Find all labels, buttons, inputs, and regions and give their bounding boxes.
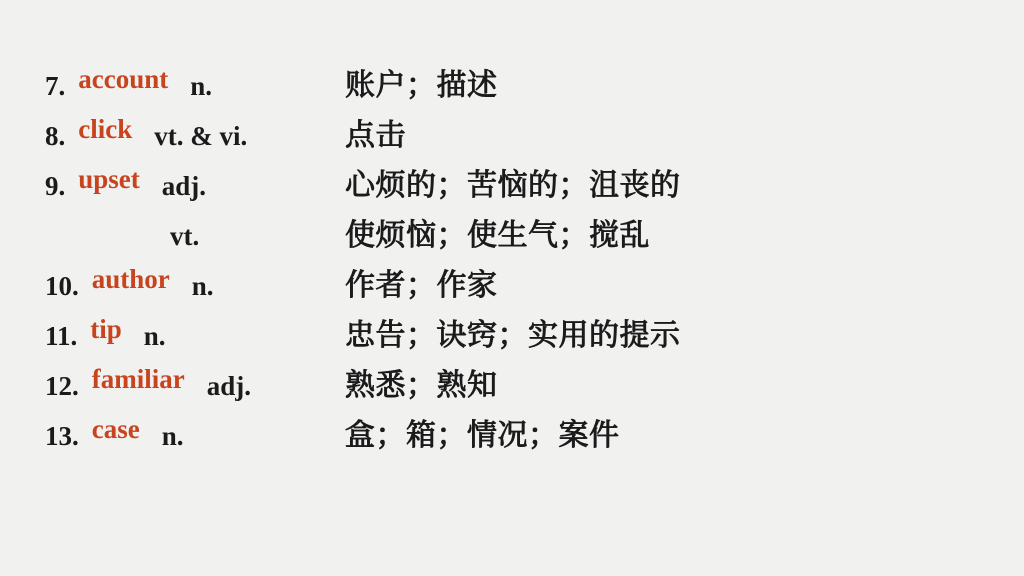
entry-meaning: 使烦恼；使生气；搅乱 [345, 211, 650, 261]
entry-number: 11. [45, 311, 77, 361]
entry-number: 13. [45, 411, 79, 461]
entry-part-of-speech: n. [162, 411, 184, 461]
entry-meaning: 心烦的；苦恼的；沮丧的 [345, 161, 681, 211]
entry-part-of-speech: n. [190, 61, 212, 111]
entry-word: case [92, 404, 140, 454]
entry-meaning: 点击 [345, 111, 406, 161]
entry-number: 10. [45, 261, 79, 311]
entry-part-of-speech: adj. [162, 161, 206, 211]
entry-meaning: 盒；箱；情况；案件 [345, 411, 620, 461]
entry-word: familiar [92, 354, 185, 404]
entry-number: 9. [45, 161, 65, 211]
entry-meaning: 作者；作家 [345, 261, 498, 311]
vocab-row-7: 7. account n. 账户；描述 [0, 61, 1024, 111]
entry-word: account [78, 54, 168, 104]
vocab-row-9: 9. upset adj. 心烦的；苦恼的；沮丧的 [0, 161, 1024, 211]
entry-word: author [92, 254, 170, 304]
entry-part-of-speech: adj. [207, 361, 251, 411]
entry-part-of-speech: n. [192, 261, 214, 311]
entry-part-of-speech: vt. [170, 211, 199, 261]
entry-meaning: 熟悉；熟知 [345, 361, 498, 411]
vocab-row-13: 13. case n. 盒；箱；情况；案件 [0, 411, 1024, 461]
entry-word: click [78, 104, 132, 154]
vocabulary-slide: 7. account n. 账户；描述 8. click vt. & vi. 点… [0, 0, 1024, 576]
entry-part-of-speech: vt. & vi. [154, 111, 247, 161]
entry-word: tip [90, 304, 122, 354]
entry-number: 12. [45, 361, 79, 411]
entry-number: 8. [45, 111, 65, 161]
vocab-row-10: 10. author n. 作者；作家 [0, 261, 1024, 311]
entry-word: upset [78, 154, 140, 204]
entry-meaning: 账户；描述 [345, 61, 498, 111]
vocab-row-8: 8. click vt. & vi. 点击 [0, 111, 1024, 161]
vocab-row-12: 12. familiar adj. 熟悉；熟知 [0, 361, 1024, 411]
vocabulary-list: 7. account n. 账户；描述 8. click vt. & vi. 点… [0, 61, 1024, 461]
entry-number: 7. [45, 61, 65, 111]
entry-meaning: 忠告；诀窍；实用的提示 [345, 311, 681, 361]
